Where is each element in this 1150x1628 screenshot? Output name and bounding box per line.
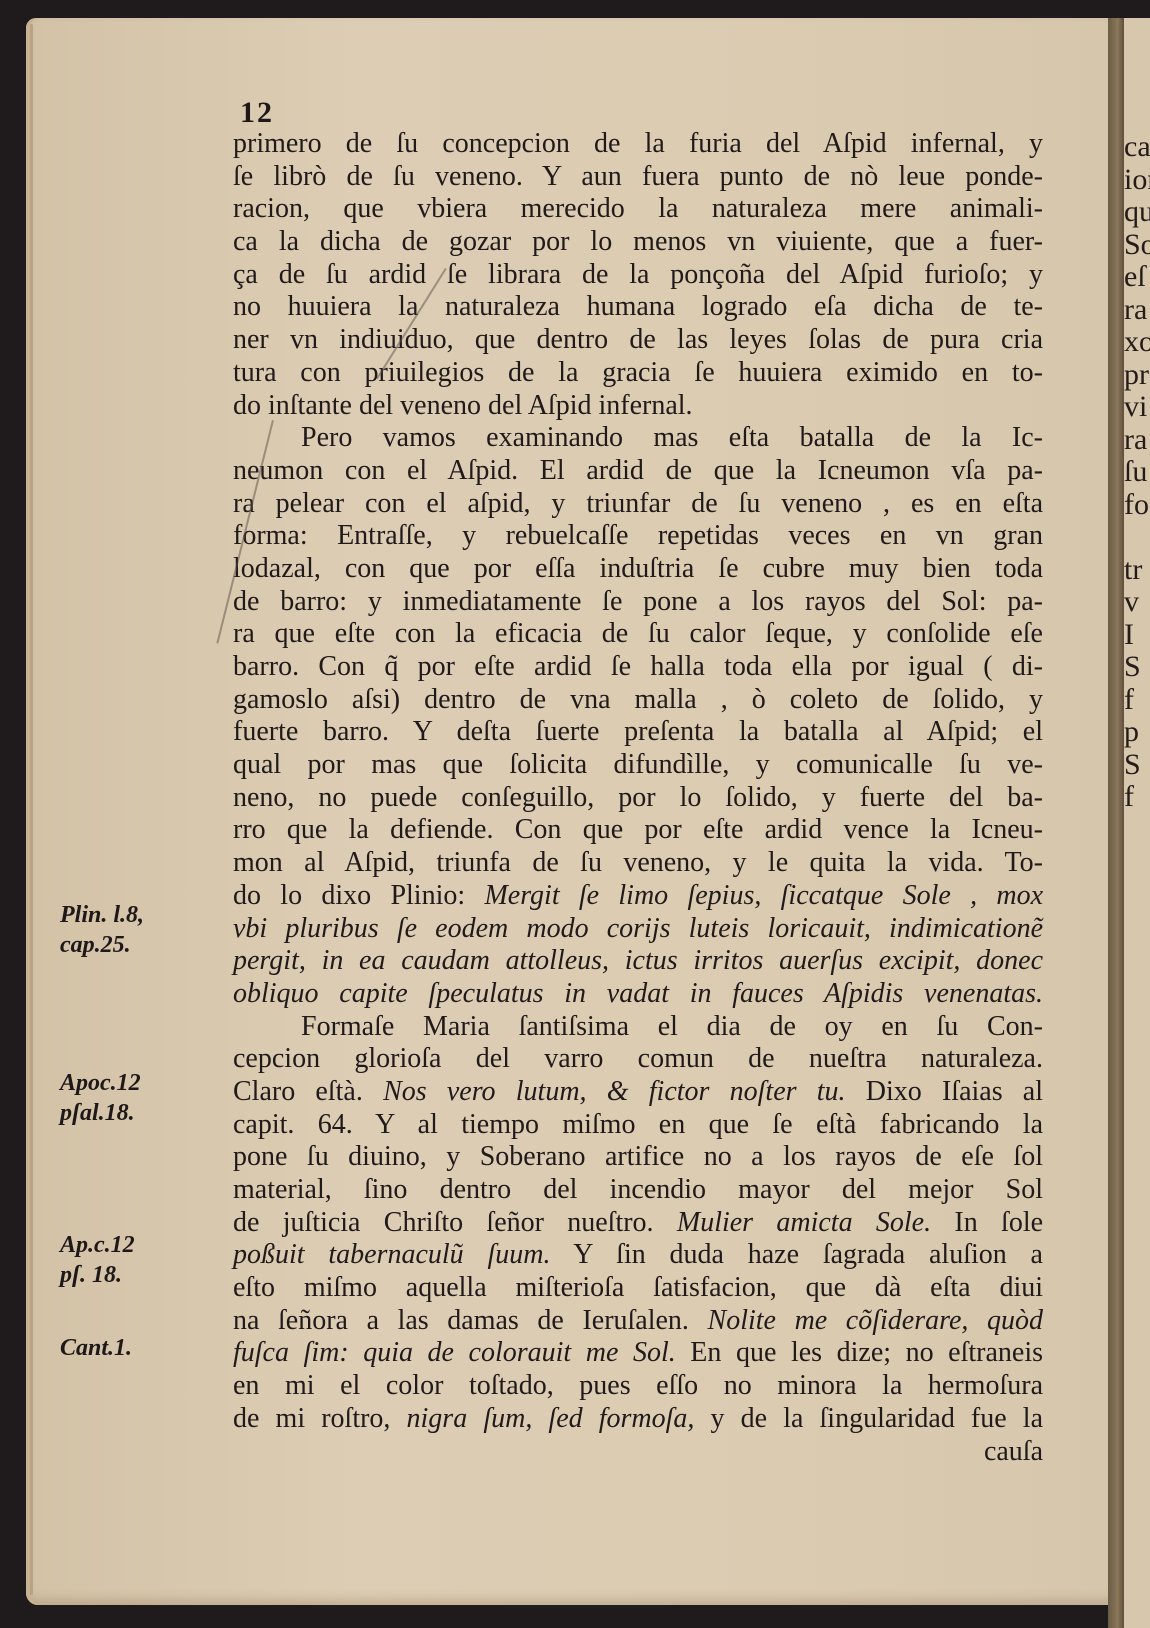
text-line: ner vn indiuiduo, que dentro de las leye… [233,324,1043,357]
latin-quotation: Nos vero lutum, & fictor noſter tu. [383,1076,845,1107]
facing-page-fragment: fo [1124,488,1149,522]
text-line: barro. Con q̃ por eſte ardid ſe halla to… [233,651,1043,684]
text-line: de mi roſtro, nigra ſum, ſed formoſa, y … [233,1403,1043,1436]
text-line: vbi pluribus ſe eodem modo corijs luteis… [233,913,1043,946]
text-line: de juſticia Chriſto ſeñor nueſtro. Mulie… [233,1207,1043,1240]
facing-page-fragment: ra [1124,423,1147,457]
margin-citation: Cant.1. [60,1333,132,1363]
text-line: Claro eſtà. Nos vero lutum, & fictor noſ… [233,1076,1043,1109]
facing-page-fragment: So [1124,228,1150,262]
text-line: mon al Aſpid, triunfa de ſu veneno, y le… [233,847,1043,880]
page-number: 12 [240,96,274,130]
facing-page-fragment: ſu [1124,455,1147,489]
body-text: primero de ſu concepcion de la furia del… [233,128,1043,1468]
facing-page-fragment: pr [1124,358,1149,392]
facing-page-fragment: f [1124,780,1134,814]
margin-citation: Apoc.12pſal.18. [60,1068,141,1128]
text-line: lodazal, con que por eſſa induſtria ſe c… [233,553,1043,586]
latin-quotation: poßuit tabernaculũ ſuum. [233,1239,550,1270]
text-line: primero de ſu concepcion de la furia del… [233,128,1043,161]
text-line: poßuit tabernaculũ ſuum. Y ſin duda haze… [233,1239,1043,1272]
facing-page-fragment: cau [1124,130,1150,164]
text-line: pergit, in ea caudam attolleus, ictus ir… [233,945,1043,978]
text-line: de barro: y inmediatamente ſe pone a los… [233,586,1043,619]
text-line: neno, no puede conſeguillo, por lo ſolid… [233,782,1043,815]
latin-quotation: nigra ſum, ſed formoſa, [407,1403,695,1434]
text-line: cauſa [233,1436,1043,1469]
text-line: pone ſu diuino, y Soberano artifice no a… [233,1141,1043,1174]
facing-page-fragment: vi [1124,390,1147,424]
text-line: fuerte barro. Y deſta ſuerte preſenta la… [233,716,1043,749]
text-line: capit. 64. Y al tiempo miſmo en que ſe e… [233,1109,1043,1142]
margin-citation: Plin. l.8,cap.25. [60,900,144,960]
facing-page-edge: cauionquSoeſraxoprviraſufotrvISfpSf [1124,18,1150,1628]
facing-page-fragment: S [1124,748,1141,782]
facing-page-fragment: ra [1124,293,1147,327]
text-line: do inſtante del veneno del Aſpid inferna… [233,390,1043,423]
facing-page-fragment: ion [1124,163,1150,197]
text-line: rro que la defiende. Con que por eſte ar… [233,814,1043,847]
facing-page-fragment: eſ [1124,260,1146,294]
latin-quotation: Nolite me cõſiderare, quòd [708,1305,1043,1336]
facing-page-fragment: I [1124,618,1134,652]
text-line: ſe librò de ſu veneno. Y aun fuera punto… [233,161,1043,194]
latin-quotation: pergit, in ea caudam attolleus, ictus ir… [233,945,1043,976]
facing-page-fragment: S [1124,650,1141,684]
text-line: ra que eſte con la eficacia de ſu calor … [233,618,1043,651]
book-gutter [1108,18,1124,1628]
text-line: Formaſe Maria ſantiſsima el dia de oy en… [233,1011,1043,1044]
text-line: ca la dicha de gozar por lo menos vn viu… [233,226,1043,259]
text-line: cepcion glorioſa del varro comun de nueſ… [233,1043,1043,1076]
margin-citation: Ap.c.12pſ. 18. [60,1230,135,1290]
facing-page-fragment: qu [1124,195,1150,229]
book-page: 12 primero de ſu concepcion de la furia … [26,18,1120,1605]
latin-quotation: Mergit ſe limo ſepius, ſiccatque Sole , … [484,880,1043,911]
latin-quotation: vbi pluribus ſe eodem modo corijs luteis… [233,913,1043,944]
text-line: Pero vamos examinando mas eſta batalla d… [233,422,1043,455]
text-line: ça de ſu ardid ſe librara de la ponçoña … [233,259,1043,292]
facing-page-fragment: xo [1124,325,1150,359]
facing-page-fragment: tr [1124,553,1142,587]
facing-page-fragment: v [1124,585,1139,619]
text-line: ra pelear con el aſpid, y triunfar de ſu… [233,488,1043,521]
text-line: qual por mas que ſolicita difundìlle, y … [233,749,1043,782]
text-line: gamoslo aſsi) dentro de vna malla , ò co… [233,684,1043,717]
text-line: eſto miſmo aquella miſterioſa ſatisfacio… [233,1272,1043,1305]
text-line: obliquo capite ſpeculatus in vadat in fa… [233,978,1043,1011]
text-line: forma: Entraſſe, y rebuelcaſſe repetidas… [233,520,1043,553]
text-line: en mi el color toſtado, pues eſſo no min… [233,1370,1043,1403]
text-line: racion, que vbiera merecido la naturalez… [233,193,1043,226]
latin-quotation: fuſca ſim: quia de colorauit me Sol. [233,1337,676,1368]
text-line: no huuiera la naturaleza humana logrado … [233,291,1043,324]
text-line: do lo dixo Plinio: Mergit ſe limo ſepius… [233,880,1043,913]
text-line: na ſeñora a las damas de Ieruſalen. Noli… [233,1305,1043,1338]
latin-quotation: Mulier amicta Sole. [677,1207,931,1238]
facing-page-fragment: f [1124,683,1134,717]
latin-quotation: obliquo capite ſpeculatus in vadat in fa… [233,978,1043,1009]
text-line: material, ſino dentro del incendio mayor… [233,1174,1043,1207]
text-line: tura con priuilegios de la gracia ſe huu… [233,357,1043,390]
text-line: fuſca ſim: quia de colorauit me Sol. En … [233,1337,1043,1370]
text-line: neumon con el Aſpid. El ardid de que la … [233,455,1043,488]
facing-page-fragment: p [1124,715,1139,749]
